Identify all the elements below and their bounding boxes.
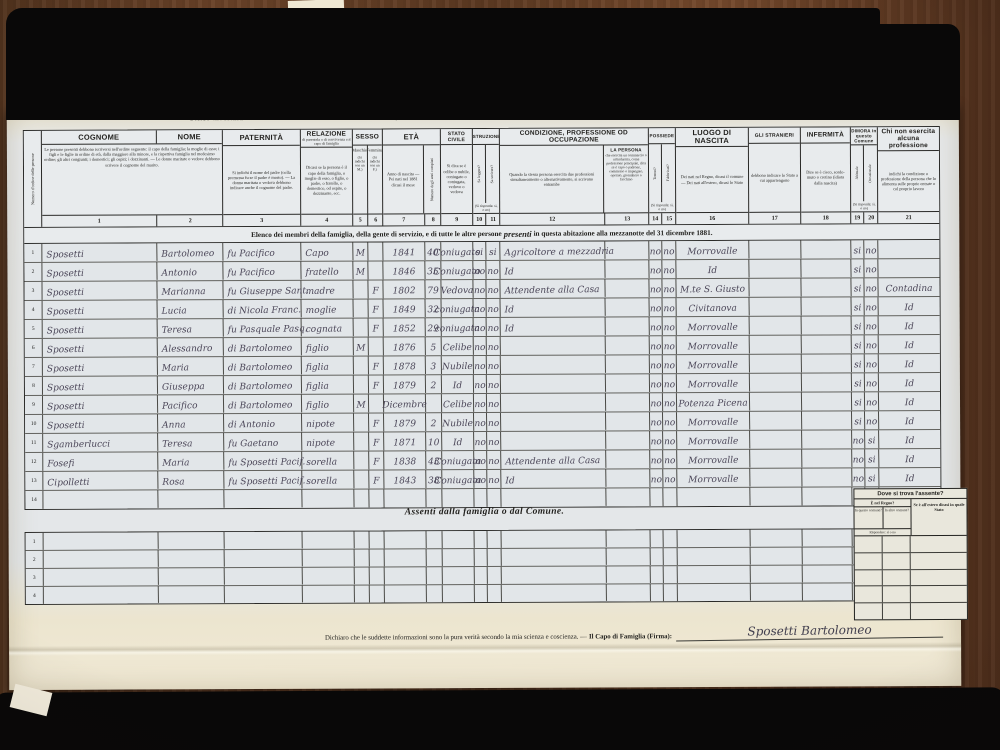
cell: F — [369, 470, 384, 488]
column-paternita: PATERNITÀ Si indichi il nome del padre (… — [223, 130, 301, 226]
cell: fu Sposetti Pacif. — [224, 470, 302, 489]
cell: Capo — [301, 242, 353, 261]
cell: 3 — [426, 356, 442, 374]
cell: Morrovalle — [677, 411, 750, 430]
col-num-5: 5 — [353, 215, 368, 226]
sesso-maschio-label: Maschio — [353, 146, 368, 155]
cell — [801, 278, 851, 297]
cell: no — [486, 280, 500, 298]
cell: Id — [879, 354, 940, 373]
cell: Attendente alla Casa — [500, 279, 605, 299]
cell — [443, 549, 475, 566]
cell — [664, 584, 678, 601]
terreni-label: Terreni? — [653, 167, 657, 180]
cell — [801, 297, 851, 316]
eta-anni-rotated-label: Numero degli anni compiuti — [430, 158, 435, 201]
cell — [750, 335, 802, 354]
cell: no — [662, 279, 676, 297]
cell: fu Pacifico — [223, 242, 301, 261]
col-num-20: 20 — [864, 212, 878, 223]
cell: fu Gaetano — [224, 432, 302, 451]
cell: 2 — [426, 375, 442, 393]
declaration-line: Dichiaro che le suddette informazioni so… — [259, 623, 943, 642]
cell — [427, 567, 443, 584]
column-group-condizione: CONDIZIONE, PROFESSIONE OD OCCUPAZIONE Q… — [500, 128, 649, 225]
cell: no — [650, 393, 663, 411]
cell — [502, 548, 607, 567]
cell: Celibe — [442, 337, 474, 355]
cell: no — [650, 450, 663, 468]
cell: no — [487, 451, 501, 469]
row-number: 4 — [25, 301, 43, 319]
cell: Morrovalle — [677, 354, 750, 373]
cell: 5 — [426, 337, 442, 355]
cell — [502, 584, 607, 603]
row-number: 1 — [26, 533, 44, 550]
cell: si — [851, 240, 864, 258]
cell: no — [487, 470, 501, 488]
row-number: 4 — [26, 587, 44, 604]
cell: Celibe — [442, 394, 474, 412]
cell: Id — [879, 335, 940, 354]
cell — [354, 375, 369, 393]
cell: no — [474, 470, 487, 488]
cell: Id — [878, 297, 939, 316]
cell: fratello — [301, 261, 353, 280]
cell — [606, 317, 650, 336]
cell: Sposetti — [43, 376, 158, 396]
cell: M — [354, 337, 369, 355]
cell: 1841 — [383, 242, 425, 261]
col-num-7: 7 — [383, 214, 425, 225]
cell: Id — [879, 316, 940, 335]
cell — [803, 565, 853, 583]
cell: Giuseppa — [158, 376, 224, 395]
cell — [750, 316, 802, 335]
cell — [354, 318, 369, 336]
cell: M — [353, 261, 368, 279]
cell: no — [662, 298, 676, 316]
cell — [159, 532, 225, 550]
cell — [802, 430, 852, 449]
cell: no — [852, 468, 865, 486]
cell — [677, 529, 750, 547]
cell: Sposetti — [42, 243, 157, 263]
row-number: 12 — [25, 453, 43, 471]
col-title-possiede: POSSIEDE — [650, 133, 675, 138]
cell: Morrovalle — [677, 449, 750, 468]
cell: no — [865, 335, 879, 353]
cell: si — [852, 354, 865, 372]
cell: no — [474, 394, 487, 412]
col-num-2: 2 — [157, 215, 223, 226]
cell — [606, 374, 650, 393]
cell: no — [663, 412, 677, 430]
cell: no — [649, 241, 662, 259]
cell — [607, 548, 651, 566]
cell — [354, 451, 369, 469]
cell: Coniugata — [442, 451, 474, 469]
row-number: 3 — [24, 282, 42, 300]
cell: Maria — [158, 452, 224, 471]
row-number: 5 — [25, 320, 43, 338]
cell: Pacifico — [158, 395, 224, 414]
col-title-stato-civile: STATO CIVILE — [441, 131, 472, 143]
cell: no — [663, 317, 677, 335]
cell: no — [865, 316, 879, 334]
cell — [606, 530, 650, 548]
cell — [443, 585, 475, 602]
cell: Potenza Picena — [677, 392, 750, 411]
table-header: Numero d'ordine delle persone COGNOME NO… — [24, 127, 939, 228]
cell: no — [649, 260, 662, 278]
cell — [606, 336, 650, 355]
subtitle-pre: Elenco dei membri della famiglia, della … — [251, 229, 502, 238]
sesso-maschio-note: (Si indichi con un M.) — [353, 155, 367, 173]
cell — [750, 354, 802, 373]
cell: Cipolletti — [43, 471, 158, 491]
cell: coniugata — [442, 318, 474, 336]
cell: Id — [501, 317, 606, 337]
cell: Sgamberlucci — [43, 433, 158, 453]
cell — [369, 489, 384, 507]
cell: no — [650, 431, 663, 449]
cell: Nubile — [442, 356, 474, 374]
cell — [355, 585, 370, 602]
sesso-femmina-label: Femmina — [367, 145, 382, 154]
cell: no — [865, 354, 879, 372]
black-cover-top-right — [872, 24, 960, 120]
cell — [606, 469, 650, 488]
cell: Bartolomeo — [157, 243, 223, 262]
cell: si — [852, 335, 865, 353]
cell: cognata — [302, 318, 354, 337]
row-number: 7 — [25, 358, 43, 376]
cell — [802, 487, 852, 506]
cell — [749, 259, 801, 278]
cell: madre — [301, 280, 353, 299]
cell: Id — [500, 298, 605, 318]
col-num-12: 12 — [500, 213, 605, 224]
cell: 1876 — [384, 337, 426, 356]
col-num-14: 14 — [649, 213, 662, 224]
cell: di Bartolomeo — [224, 394, 302, 413]
absent-box-note: Rispondere: sì o no — [855, 528, 911, 535]
cell — [303, 549, 355, 567]
cell — [802, 411, 852, 430]
cell: 1802 — [383, 280, 425, 299]
cell: Antonio — [157, 262, 223, 281]
occasionale-label: Occasionale — [868, 164, 872, 183]
cell: no — [487, 337, 501, 355]
cell — [750, 468, 802, 487]
cell — [354, 531, 369, 548]
cell: no — [662, 241, 676, 259]
absent-box-grid — [855, 536, 967, 619]
cell — [225, 549, 303, 567]
cell — [427, 549, 443, 566]
cell: figlio — [302, 394, 354, 413]
cell — [878, 259, 939, 278]
row-number: 3 — [26, 569, 44, 586]
cell: Id — [879, 430, 940, 449]
subtitle-post: in questa abitazione alla mezzanotte del… — [534, 229, 713, 238]
cell: no — [487, 413, 501, 431]
absent-box-questo-comune: In questo comune? — [854, 507, 883, 528]
cell: Id — [500, 260, 605, 280]
cell: Attendente alla Casa — [501, 450, 606, 470]
cell: si — [865, 468, 879, 486]
cell — [355, 567, 370, 584]
census-sheet: · Coloro che ricusassero di fornire le n… — [7, 104, 962, 690]
cell: no — [864, 297, 878, 315]
column-stranieri: GLI STRANIERI debbono indicare lo Stato … — [749, 128, 801, 224]
col-title-cognome: COGNOME — [42, 130, 157, 144]
cell — [159, 568, 225, 586]
cell: Morrovalle — [677, 316, 750, 335]
absent-table-body: 1234 — [26, 529, 941, 604]
cell: Sposetti — [43, 395, 158, 415]
cell — [474, 489, 487, 507]
cell: 1846 — [383, 261, 425, 280]
cell — [802, 316, 852, 335]
cell: no — [474, 375, 487, 393]
column-ordinal: Numero d'ordine delle persone — [24, 131, 42, 227]
cell — [664, 548, 678, 565]
cell: no — [473, 299, 486, 317]
cell: fu Pasquale Pasq. — [224, 318, 302, 337]
cell: no — [663, 355, 677, 373]
row-number: 11 — [25, 434, 43, 452]
cell — [606, 431, 650, 450]
col-num-6: 6 — [368, 214, 383, 225]
cell: Sposetti — [42, 281, 157, 301]
col-title-infermita: INFERMITÀ — [807, 131, 844, 138]
cell: si — [851, 278, 864, 296]
cell: si — [851, 297, 864, 315]
column-stato-civile: STATO CIVILE Si dica se è celibe o nubil… — [441, 129, 473, 225]
col-num-18: 18 — [801, 212, 850, 223]
cell — [802, 529, 852, 547]
row-number: 13 — [25, 472, 43, 490]
cell: 1879 — [384, 375, 426, 394]
cell — [750, 411, 802, 430]
cell: Id — [879, 468, 940, 487]
cell: Morrovalle — [677, 468, 750, 487]
cell: no — [864, 240, 878, 258]
cell — [355, 549, 370, 566]
cell: si — [852, 373, 865, 391]
cell — [606, 393, 650, 412]
eta-anno-description: Anno di nascita — Pei nati nel 1881 dica… — [383, 169, 423, 189]
cell — [751, 547, 803, 565]
cognome-description: Le persone presenti debbono iscriversi n… — [42, 144, 222, 170]
col-title-luogo: LUOGO DI NASCITA — [676, 129, 748, 145]
cell — [502, 530, 607, 549]
photo-background: · Coloro che ricusassero di fornire le n… — [0, 0, 1000, 750]
cell: no — [650, 374, 663, 392]
cell: di Nicola Franc. — [223, 299, 301, 318]
col-num-17: 17 — [749, 213, 800, 224]
cell — [749, 240, 801, 259]
col-num-19: 19 — [851, 212, 864, 223]
cell: figlio — [302, 337, 354, 356]
sesso-femmina-note: (Si indichi con un F.) — [367, 155, 382, 173]
cell: Sposetti — [43, 319, 158, 339]
cell: Id — [442, 375, 474, 393]
cell: si — [852, 411, 865, 429]
cell — [677, 487, 750, 506]
stranieri-description: debbono indicare lo Stato a cui apparten… — [749, 170, 800, 185]
col-num-16: 16 — [676, 213, 748, 224]
col-title-paternita: PATERNITÀ — [240, 133, 284, 141]
cell: Lucia — [157, 300, 223, 319]
cell — [607, 566, 651, 584]
cell — [501, 374, 606, 394]
la-persona-description: che esercita un commercio o un'industria… — [604, 152, 648, 182]
cell — [303, 585, 355, 603]
cell: no — [864, 259, 878, 277]
cell — [501, 336, 606, 356]
cell: no — [487, 356, 501, 374]
sa-scrivere-label: Sa scrivere? — [490, 165, 494, 183]
cell — [384, 531, 426, 549]
dimora-note: (Si risponda: sì, o no) — [851, 201, 877, 211]
cell — [606, 412, 650, 431]
cell — [802, 468, 852, 487]
cell — [663, 530, 677, 547]
cell — [44, 568, 159, 587]
cell: sorella — [302, 470, 354, 489]
cell: no — [474, 413, 487, 431]
cell: sorella — [302, 451, 354, 470]
cell — [801, 259, 851, 278]
col-title-nome: NOME — [157, 130, 222, 143]
cell: di Bartolomeo — [224, 356, 302, 375]
possiede-note: (Si risponda: sì, o no) — [649, 202, 675, 212]
cell: Morrovalle — [677, 335, 750, 354]
cell: no — [473, 280, 486, 298]
cell: Maria — [158, 357, 224, 376]
condizione-description: Quando la stessa persona esercita due pr… — [500, 169, 603, 189]
cell: Vedova — [441, 280, 473, 298]
column-chi-non-esercita: Chi non esercita alcuna professione indi… — [878, 127, 939, 223]
cell: nipote — [302, 413, 354, 432]
cell: no — [474, 451, 487, 469]
absent-box-title: Dove si trova l'assente? — [854, 489, 966, 499]
cell: no — [663, 336, 677, 354]
col-title-sesso: SESSO — [356, 133, 379, 140]
cell — [605, 241, 649, 260]
cell — [751, 565, 803, 583]
istruzione-note: (Si risponda: sì, o no) — [473, 203, 499, 213]
cell — [606, 450, 650, 469]
row-number: 9 — [25, 396, 43, 414]
cell: si — [486, 242, 500, 260]
cell — [427, 585, 443, 602]
cell — [44, 532, 159, 551]
cell — [385, 585, 427, 603]
cell — [475, 567, 488, 584]
col-title-dimora: DIMORA in questo Comune — [851, 128, 877, 143]
column-relazione: RELAZIONE di parentela o di convivenza c… — [301, 130, 353, 226]
cell — [353, 280, 368, 298]
cell: Id — [879, 411, 940, 430]
cell: no — [486, 261, 500, 279]
signature: Sposetti Bartolomeo — [676, 622, 943, 642]
cell — [749, 297, 801, 316]
cell: Sposetti — [43, 414, 158, 434]
cell — [650, 530, 663, 547]
cell: Id — [879, 373, 940, 392]
cell — [225, 585, 303, 603]
absent-box-regno: È nel Regno? — [854, 499, 910, 507]
cell: F — [369, 318, 384, 336]
cell: 1871 — [384, 432, 426, 451]
cell: Civitanova — [676, 297, 749, 316]
cell: no — [663, 450, 677, 468]
cell: Sposetti — [43, 357, 158, 377]
cell: Nubile — [442, 413, 474, 431]
cell: si — [851, 259, 864, 277]
cell: no — [663, 374, 677, 392]
cell — [224, 489, 302, 508]
subtitle-emphasis: presenti — [504, 228, 532, 238]
cell — [426, 394, 442, 412]
cell — [803, 583, 853, 601]
column-luogo-nascita: LUOGO DI NASCITA Dei nati nel Regno, dic… — [676, 128, 749, 224]
cell: Teresa — [158, 319, 224, 338]
row-number: 6 — [25, 339, 43, 357]
cell — [475, 585, 488, 602]
cell — [43, 490, 158, 510]
cell: Coniugata — [442, 470, 474, 488]
cell — [802, 449, 852, 468]
col-num-13: 13 — [605, 213, 649, 224]
col-num-15: 15 — [662, 213, 676, 224]
cell: nipote — [302, 432, 354, 451]
cell — [158, 490, 224, 509]
col-num-21: 21 — [878, 212, 939, 223]
cell: figlia — [302, 356, 354, 375]
column-infermita: INFERMITÀ Dire se è cieco, sordo-muto o … — [801, 127, 851, 223]
cell: si — [865, 430, 879, 448]
cell: 1878 — [384, 356, 426, 375]
cell: no — [650, 336, 663, 354]
cell: Sposetti — [42, 262, 157, 282]
luogo-description: Dei nati nel Regno, dicasi il comune — D… — [676, 172, 748, 187]
cell: 2 — [426, 413, 442, 431]
cell: 10 — [426, 432, 442, 450]
col-num-11: 11 — [486, 214, 500, 225]
cell: Id — [879, 392, 940, 411]
cell: 1849 — [383, 299, 425, 318]
cell — [426, 531, 442, 548]
cell — [678, 547, 751, 565]
cell — [370, 549, 385, 566]
relazione-subtitle: di parentela o di convivenza col capo di… — [301, 138, 352, 146]
cell — [353, 299, 368, 317]
cell — [488, 549, 502, 566]
cell — [650, 488, 663, 506]
cell — [369, 337, 384, 355]
cell: no — [852, 430, 865, 448]
cell: fu Pacifico — [223, 261, 301, 280]
absent-box-estero: Se è all'estero dicasi in quale Stato — [911, 499, 966, 535]
col-title-eta: ETÀ — [404, 133, 420, 141]
cell — [878, 240, 939, 259]
col-title-stranieri: GLI STRANIERI — [755, 132, 794, 138]
